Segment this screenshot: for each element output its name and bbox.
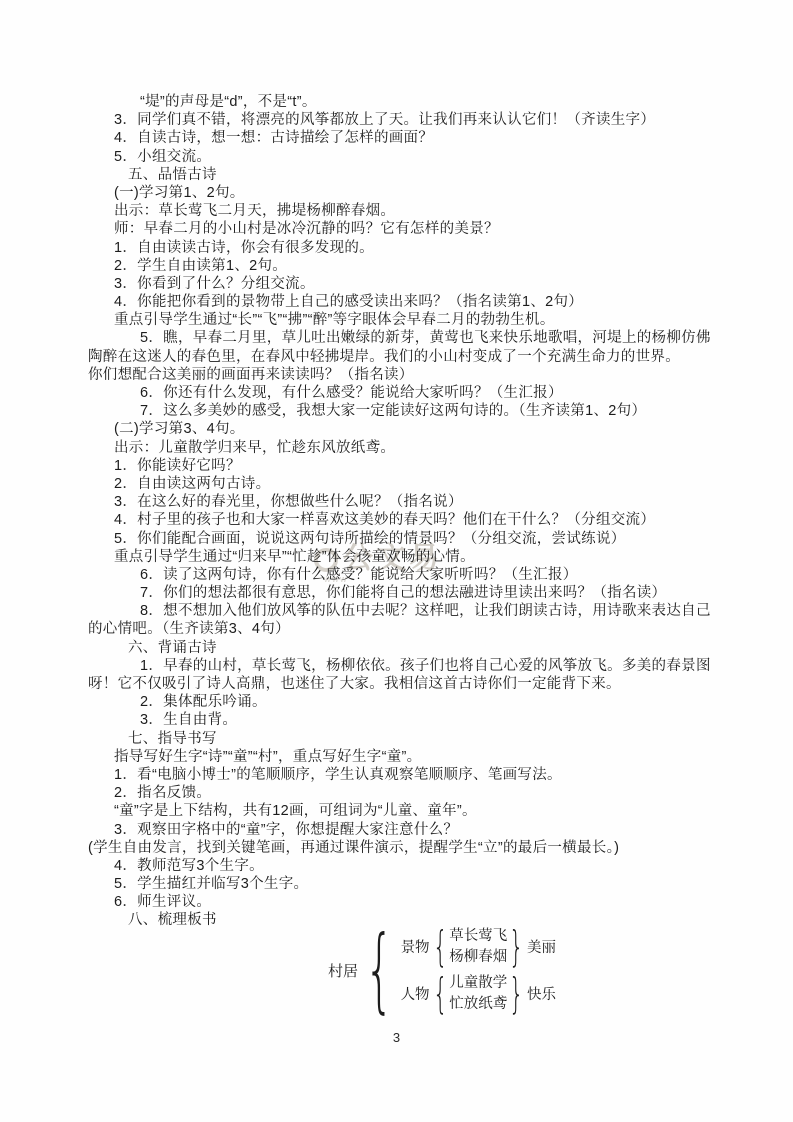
- text-line: 呀！它不仅吸引了诗人高鼎，也迷住了大家。我相信这首古诗你们一定能背下来。: [88, 675, 768, 693]
- text-line: 3．生自由背。: [88, 711, 768, 729]
- text-line: 3．同学们真不错，将漂亮的风筝都放上了天。让我们再来认认它们！（齐读生字）: [88, 111, 768, 129]
- text-line: 重点引导学生通过“长”“飞”“拂”“醉”等字眼体会早春二月的勃勃生机。: [88, 311, 768, 329]
- text-line: 你们想配合这美丽的画面再来读读吗？（指名读）: [88, 366, 768, 384]
- text-line: (一)学习第1、2句。: [88, 184, 768, 202]
- board-root-label: 村居: [328, 960, 358, 981]
- text-line: 出示：草长莺飞二月天，拂堤杨柳醉春烟。: [88, 202, 768, 220]
- text-line: 2．指名反馈。: [88, 784, 768, 802]
- text-line: 陶醉在这迷人的春色里，在春风中轻拂堤岸。我们的小山村变成了一个充满生命力的世界。: [88, 348, 768, 366]
- board-diagram: 村居 { 景物 { 草长莺飞 杨柳春烟 } 美丽 人物 { 儿童散学 忙放纸鸢: [328, 924, 556, 1016]
- board-item: 草长莺飞: [449, 927, 507, 945]
- text-line: 4．教师范写3个生字。: [88, 857, 768, 875]
- text-line: 2．学生自由读第1、2句。: [88, 257, 768, 275]
- close-brace-icon: }: [509, 973, 524, 1015]
- board-item: 忙放纸鸢: [449, 995, 507, 1013]
- text-line: 4．你能把你看到的景物带上自己的感受读出来吗？（指名读第1、2句）: [88, 293, 768, 311]
- text-line: 3．观察田字格中的“童”字，你想提醒大家注意什么？: [88, 821, 768, 839]
- text-line: “堤”的声母是“d”，不是“t”。: [88, 93, 768, 111]
- text-line: 1．看“电脑小博士”的笔顺顺序，学生认真观察笔顺顺序、笔画写法。: [88, 766, 768, 784]
- page-number: 3: [0, 1030, 793, 1045]
- text-line: 6．师生评议。: [88, 893, 768, 911]
- text-line: 3．你看到了什么？分组交流。: [88, 275, 768, 293]
- text-line: (学生自由发言，找到关键笔画，再通过课件演示，提醒学生“立”的最后一横最长。): [88, 839, 768, 857]
- text-line: 4．自读古诗，想一想：古诗描绘了怎样的画面？: [88, 129, 768, 147]
- board-items: 儿童散学 忙放纸鸢: [449, 974, 507, 1013]
- text-line: 5．学生描红并临写3个生字。: [88, 875, 768, 893]
- text-line: 1．早春的山村，草长莺飞，杨柳依依。孩子们也将自己心爱的风筝放飞。多美的春景图: [88, 657, 768, 675]
- board-groups: 景物 { 草长莺飞 杨柳春烟 } 美丽 人物 { 儿童散学 忙放纸鸢 } 快乐: [401, 926, 556, 1015]
- text-line: “童”字是上下结构，共有12画，可组词为“儿童、童年”。: [88, 802, 768, 820]
- text-line: 指导写好生字“诗”“童”“村”，重点写好生字“童”。: [88, 748, 768, 766]
- text-line: 的心情吧。（生齐读第3、4句）: [88, 620, 768, 638]
- board-group: 人物 { 儿童散学 忙放纸鸢 } 快乐: [401, 973, 556, 1015]
- text-line: 4．村子里的孩子也和大家一样喜欢这美妙的春天吗？他们在干什么？（分组交流）: [88, 511, 768, 529]
- text-line: 3．在这么好的春光里，你想做些什么呢？（指名说）: [88, 493, 768, 511]
- close-brace-icon: }: [509, 926, 524, 968]
- text-line: 5．你们能配合画面，说说这两句诗所描绘的情景吗？（分组交流，尝试练说）: [88, 530, 768, 548]
- board-item: 杨柳春烟: [449, 948, 507, 966]
- text-line: 6．读了这两句诗，你有什么感受？能说给大家听听吗？（生汇报）: [88, 566, 768, 584]
- board-items: 草长莺飞 杨柳春烟: [449, 927, 507, 966]
- text-line: (二)学习第3、4句。: [88, 420, 768, 438]
- text-line: 5．瞧，早春二月里，草儿吐出嫩绿的新芽，黄莺也飞来快乐地歌唱，河堤上的杨柳仿佛: [88, 329, 768, 347]
- text-line: 七、指导书写: [88, 730, 768, 748]
- text-line: 8．想不想加入他们放风筝的队伍中去呢？这样吧，让我们朗读古诗，用诗歌来表达自己: [88, 602, 768, 620]
- board-result-label: 美丽: [527, 936, 556, 957]
- text-line: 7．这么多美妙的感受，我想大家一定能读好这两句诗的。（生齐读第1、2句）: [88, 402, 768, 420]
- text-line: 2．集体配乐吟诵。: [88, 693, 768, 711]
- board-group: 景物 { 草长莺飞 杨柳春烟 } 美丽: [401, 926, 556, 968]
- text-line: 2．自由读这两句古诗。: [88, 475, 768, 493]
- text-line: 1．你能读好它吗？: [88, 457, 768, 475]
- open-brace-icon: {: [433, 973, 448, 1015]
- document-body: “堤”的声母是“d”，不是“t”。3．同学们真不错，将漂亮的风筝都放上了天。让我…: [88, 93, 768, 930]
- text-line: 重点引导学生通过“归来早”“忙趁”体会孩童欢畅的心情。: [88, 548, 768, 566]
- board-group-label: 人物: [401, 983, 430, 1004]
- text-line: 出示：儿童散学归来早，忙趁东风放纸鸢。: [88, 439, 768, 457]
- board-result-label: 快乐: [527, 983, 556, 1004]
- text-line: 五、品悟古诗: [88, 166, 768, 184]
- board-group-label: 景物: [401, 936, 430, 957]
- text-line: 6．你还有什么发现，有什么感受？能说给大家听吗？（生汇报）: [88, 384, 768, 402]
- text-line: 1．自由读读古诗，你会有很多发现的。: [88, 239, 768, 257]
- text-line: 5．小组交流。: [88, 148, 768, 166]
- board-item: 儿童散学: [449, 974, 507, 992]
- text-line: 六、背诵古诗: [88, 639, 768, 657]
- text-line: 师：早春二月的小山村是冰冷沉静的吗？它有怎样的美景？: [88, 220, 768, 238]
- text-line: 7．你们的想法都很有意思，你们能将自己的想法融进诗里读出来吗？（指名读）: [88, 584, 768, 602]
- outer-brace-icon: {: [365, 924, 394, 1016]
- open-brace-icon: {: [433, 926, 448, 968]
- document-page: 公文易 www “堤”的声母是“d”，不是“t”。3．同学们真不错，将漂亮的风筝…: [0, 0, 793, 1122]
